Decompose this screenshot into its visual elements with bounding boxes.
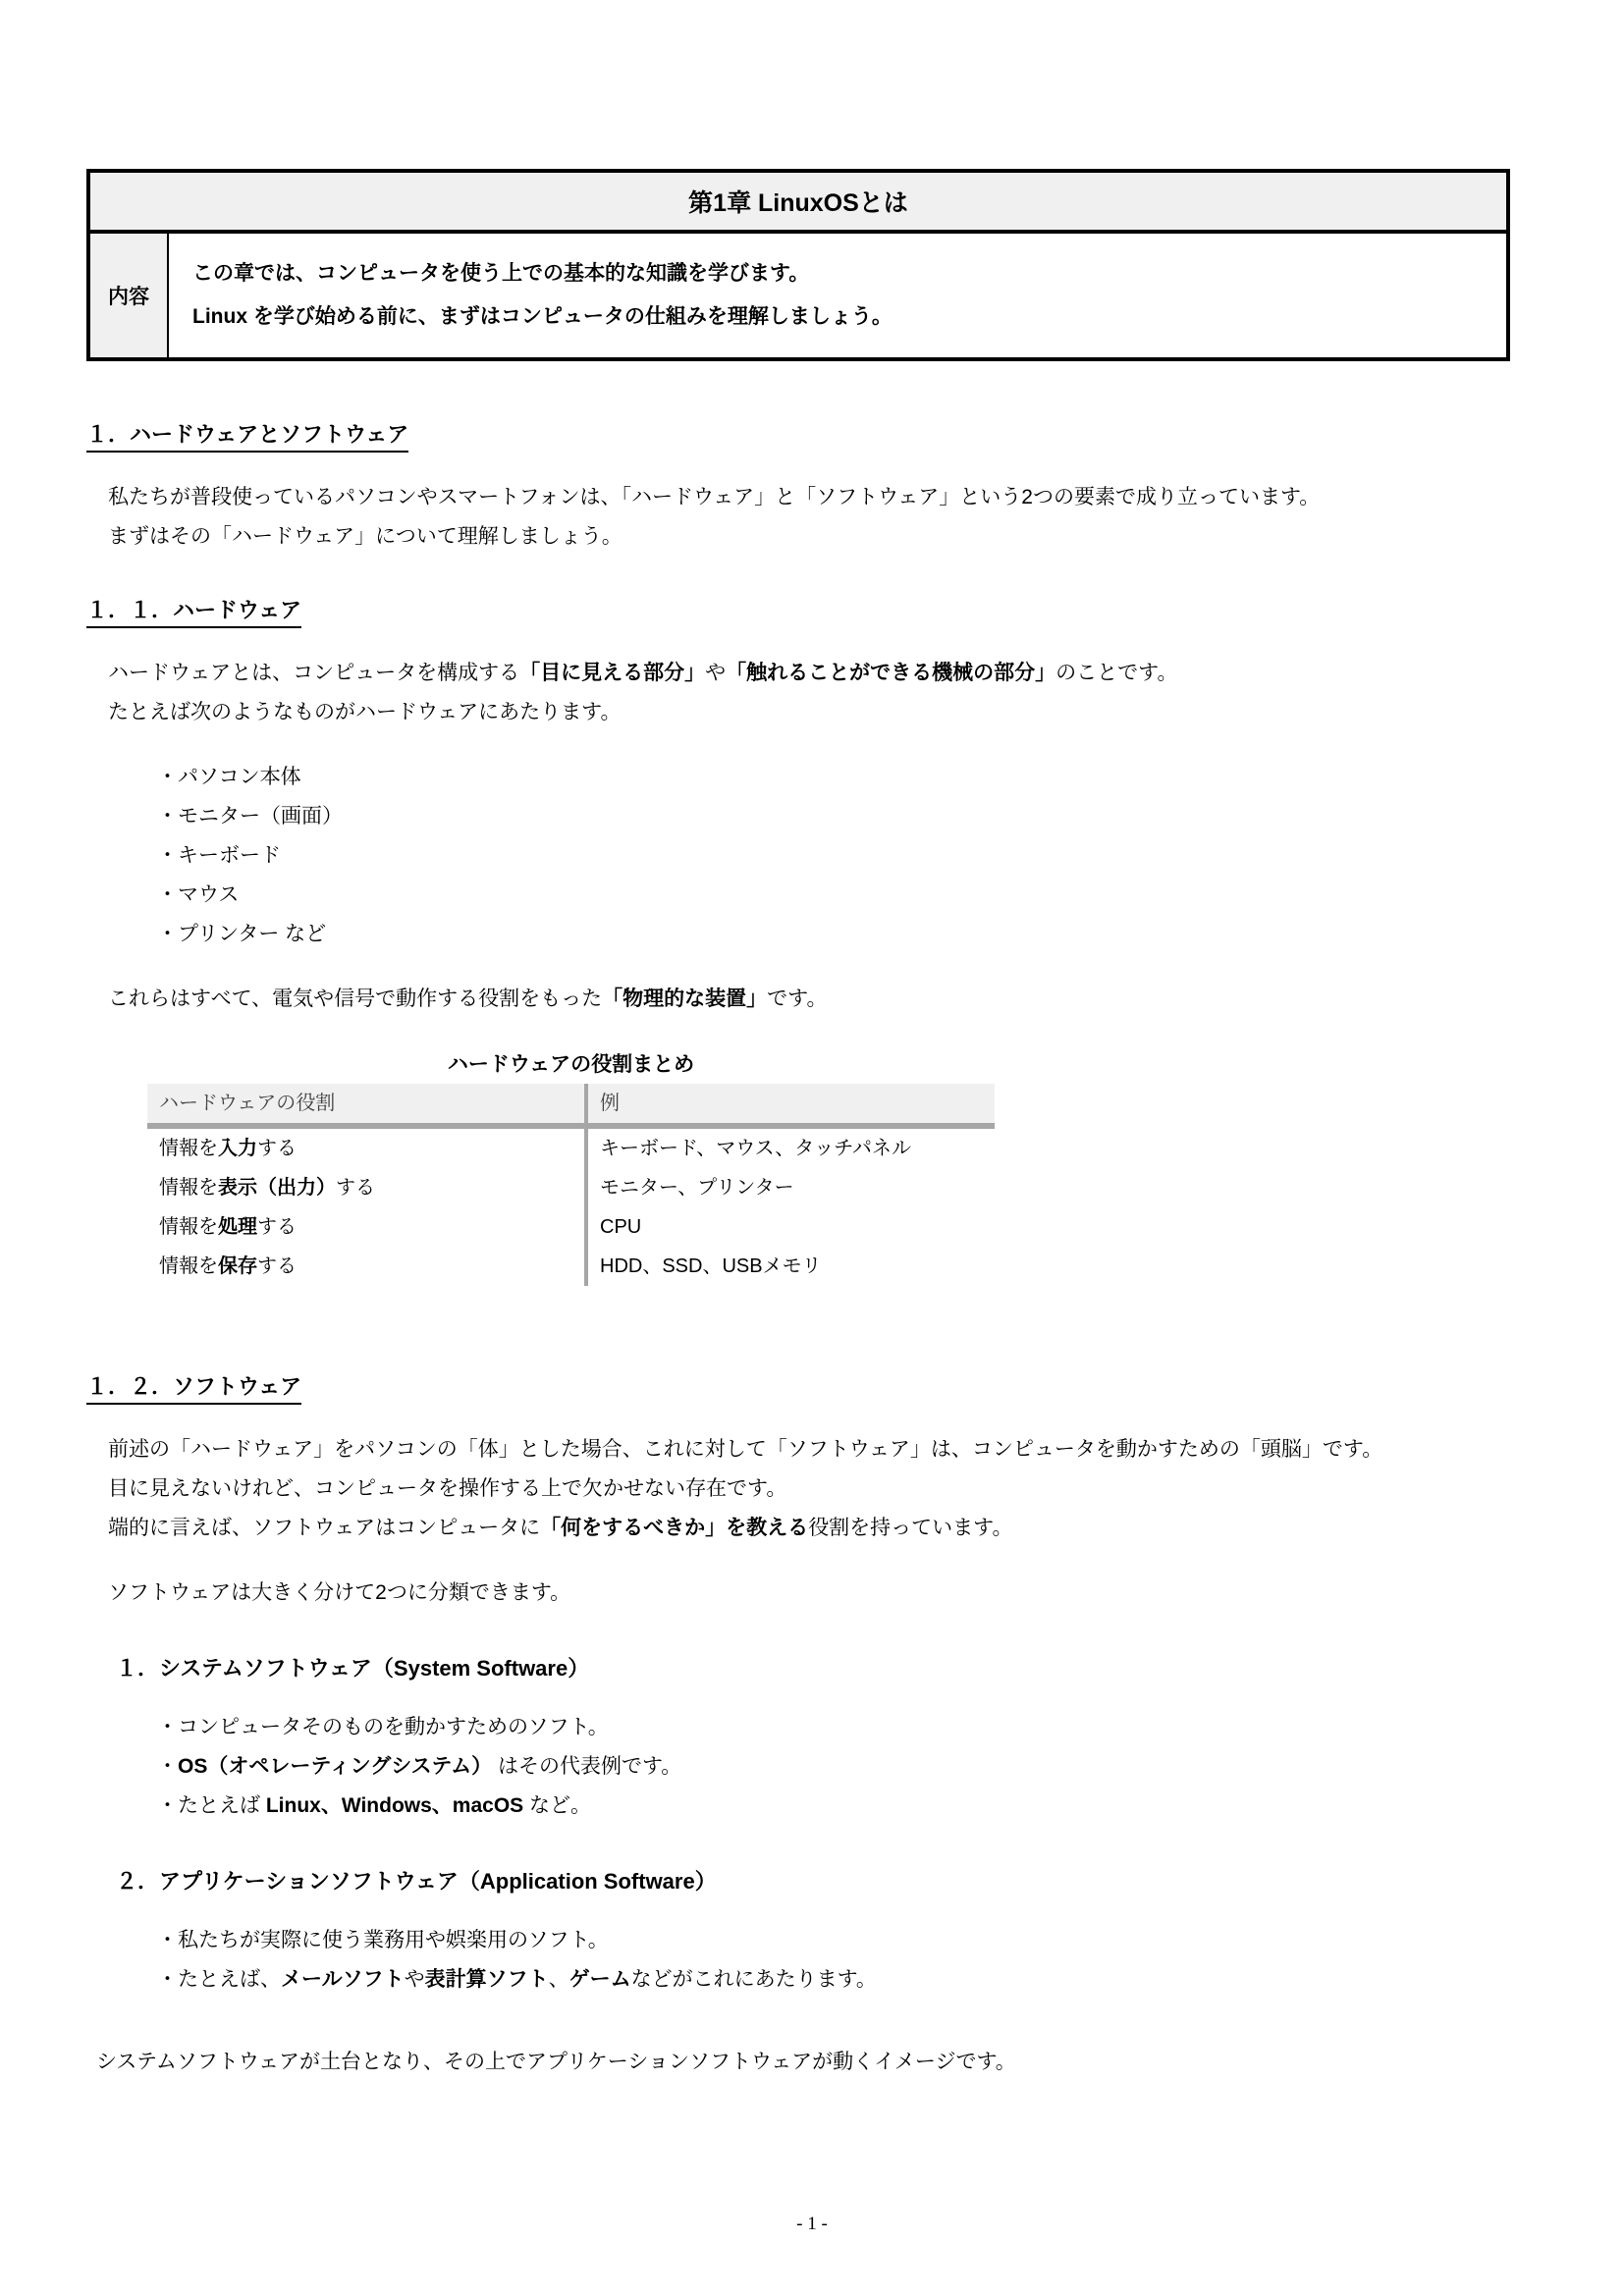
closing-paragraph: システムソフトウェアが土台となり、その上でアプリケーションソフトウェアが動くイメ… xyxy=(96,2043,1526,2082)
table-cell-example: HDD、SSD、USBメモリ xyxy=(584,1247,995,1286)
page-content: 第1章 LinuxOSとは 内容 この章では、コンピュータを使う上での基本的な知… xyxy=(0,0,1624,2082)
hardware-examples-list: ・パソコン本体 ・モニター（画面） ・キーボード ・マウス ・プリンター など xyxy=(157,758,1526,954)
paragraph-line: 前述の「ハードウェア」をパソコンの「体」とした場合、これに対して「ソフトウェア」… xyxy=(108,1430,1526,1469)
table-row: 情報を処理する CPU xyxy=(147,1207,995,1247)
table-cell-example: キーボード、マウス、タッチパネル xyxy=(584,1129,995,1168)
section-1-1-paragraph: ハードウェアとは、コンピュータを構成する「目に見える部分」や「触れることができる… xyxy=(108,654,1526,732)
paragraph-line: 私たちが普段使っているパソコンやスマートフォンは、「ハードウェア」と「ソフトウェ… xyxy=(108,478,1526,517)
list-item: ・パソコン本体 xyxy=(157,758,1526,797)
table-cell-example: CPU xyxy=(584,1207,995,1247)
chapter-summary: この章では、コンピュータを使う上での基本的な知識を学びます。 Linux を学び… xyxy=(169,234,1506,357)
list-item: ・コンピュータそのものを動かすためのソフト。 xyxy=(157,1708,1526,1747)
section-1-heading-text: １．ハードウェアとソフトウェア xyxy=(86,418,408,453)
section-1-1-outro: これらはすべて、電気や信号で動作する役割をもった「物理的な装置」です。 xyxy=(108,980,1526,1019)
paragraph-line: システムソフトウェアが土台となり、その上でアプリケーションソフトウェアが動くイメ… xyxy=(96,2051,1016,2073)
paragraph-line: たとえば次のようなものがハードウェアにあたります。 xyxy=(108,693,1526,732)
table-row: 情報を表示（出力）する モニター、プリンター xyxy=(147,1168,995,1207)
section-1-1-heading: １．１．ハードウェア xyxy=(86,594,1526,628)
table-cell-example: モニター、プリンター xyxy=(584,1168,995,1207)
list-item: ・たとえば、メールソフトや表計算ソフト、ゲームなどがこれにあたります。 xyxy=(157,1960,1526,2000)
document-page: 第1章 LinuxOSとは 内容 この章では、コンピュータを使う上での基本的な知… xyxy=(0,0,1624,2296)
table-cell-role: 情報を表示（出力）する xyxy=(147,1168,584,1207)
table-row: 情報を保存する HDD、SSD、USBメモリ xyxy=(147,1247,995,1286)
page-number: - 1 - xyxy=(0,2214,1624,2235)
system-software-heading: １．システムソフトウェア（System Software） xyxy=(116,1652,1526,1682)
paragraph-line: 目に見えないけれど、コンピュータを操作する上で欠かせない存在です。 xyxy=(108,1469,1526,1509)
list-item: ・私たちが実際に使う業務用や娯楽用のソフト。 xyxy=(157,1921,1526,1960)
list-item: ・モニター（画面） xyxy=(157,797,1526,836)
table-cell-role: 情報を処理する xyxy=(147,1207,584,1247)
table-header-cell: 例 xyxy=(584,1084,995,1123)
table-cell-role: 情報を入力する xyxy=(147,1129,584,1168)
system-software-list: ・コンピュータそのものを動かすためのソフト。 ・OS（オペレーティングシステム）… xyxy=(157,1708,1526,1826)
section-1-2-paragraph: 前述の「ハードウェア」をパソコンの「体」とした場合、これに対して「ソフトウェア」… xyxy=(108,1430,1526,1548)
list-item: ・プリンター など xyxy=(157,915,1526,954)
section-1-paragraph: 私たちが普段使っているパソコンやスマートフォンは、「ハードウェア」と「ソフトウェ… xyxy=(108,478,1526,557)
section-1-heading: １．ハードウェアとソフトウェア xyxy=(86,418,1526,453)
chapter-summary-row: 内容 この章では、コンピュータを使う上での基本的な知識を学びます。 Linux … xyxy=(90,234,1506,357)
application-software-heading: ２．アプリケーションソフトウェア（Application Software） xyxy=(116,1865,1526,1896)
paragraph-line: ソフトウェアは大きく分けて2つに分類できます。 xyxy=(108,1574,1526,1613)
table-cell-role: 情報を保存する xyxy=(147,1247,584,1286)
section-1-1-heading-text: １．１．ハードウェア xyxy=(86,594,301,628)
paragraph-line: 端的に言えば、ソフトウェアはコンピュータに「何をするべきか」を教える役割を持って… xyxy=(108,1509,1526,1548)
list-item: ・キーボード xyxy=(157,836,1526,876)
hardware-roles-table: ハードウェアの役割まとめ ハードウェアの役割 例 情報を入力する キーボード、マ… xyxy=(147,1048,995,1286)
list-item: ・OS（オペレーティングシステム） はその代表例です。 xyxy=(157,1747,1526,1787)
list-item: ・たとえば Linux、Windows、macOS など。 xyxy=(157,1787,1526,1826)
chapter-header-box: 第1章 LinuxOSとは 内容 この章では、コンピュータを使う上での基本的な知… xyxy=(86,169,1510,361)
chapter-title: 第1章 LinuxOSとは xyxy=(90,173,1506,234)
table-header-row: ハードウェアの役割 例 xyxy=(147,1084,995,1129)
table-header-cell: ハードウェアの役割 xyxy=(147,1084,584,1123)
software-classification-intro: ソフトウェアは大きく分けて2つに分類できます。 xyxy=(108,1574,1526,1613)
contents-label: 内容 xyxy=(90,234,169,357)
table-row: 情報を入力する キーボード、マウス、タッチパネル xyxy=(147,1129,995,1168)
list-item: ・マウス xyxy=(157,876,1526,915)
paragraph-line: まずはその「ハードウェア」について理解しましょう。 xyxy=(108,517,1526,557)
section-1-2-heading: １．２．ソフトウェア xyxy=(86,1370,1526,1405)
paragraph-line: ハードウェアとは、コンピュータを構成する「目に見える部分」や「触れることができる… xyxy=(108,654,1526,693)
chapter-summary-line: この章では、コンピュータを使う上での基本的な知識を学びます。 xyxy=(192,252,1483,295)
paragraph-line: これらはすべて、電気や信号で動作する役割をもった「物理的な装置」です。 xyxy=(108,980,1526,1019)
table-title: ハードウェアの役割まとめ xyxy=(147,1048,995,1078)
section-1-2-heading-text: １．２．ソフトウェア xyxy=(86,1370,301,1405)
chapter-summary-line: Linux を学び始める前に、まずはコンピュータの仕組みを理解しましょう。 xyxy=(192,295,1483,339)
application-software-list: ・私たちが実際に使う業務用や娯楽用のソフト。 ・たとえば、メールソフトや表計算ソ… xyxy=(157,1921,1526,2000)
